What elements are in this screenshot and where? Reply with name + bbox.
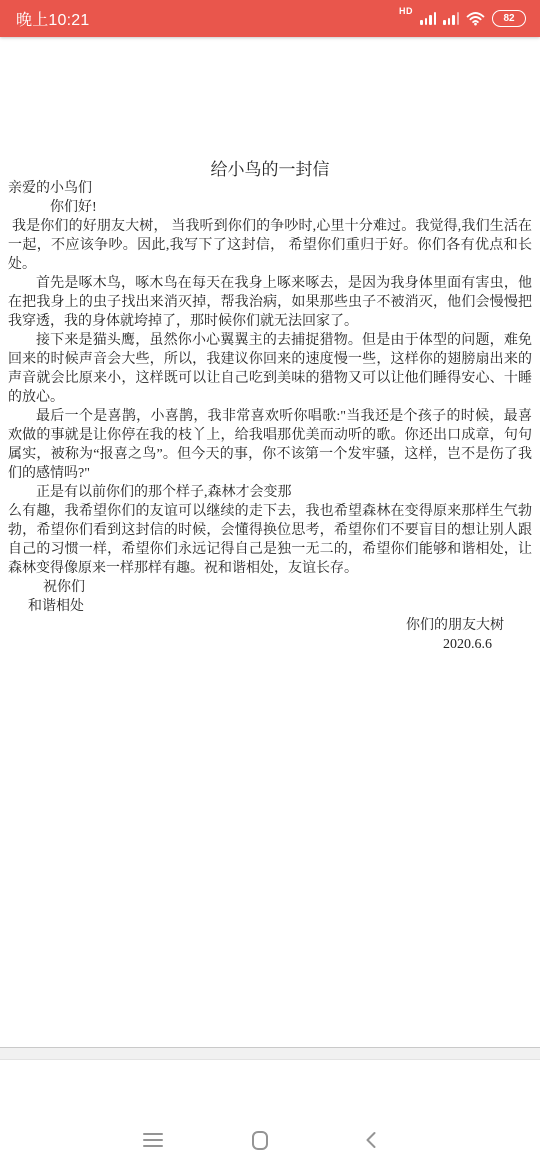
letter-signature-date: 2020.6.6	[8, 635, 532, 654]
letter-title: 给小鸟的一封信	[8, 160, 532, 179]
letter-paragraph: 首先是啄木鸟，啄木鸟在每天在我身上啄来啄去，是因为我身体里面有害虫，他在把我身上…	[8, 274, 532, 331]
navigation-bar	[0, 1108, 540, 1170]
letter-salutation: 亲爱的小鸟们	[8, 179, 532, 198]
letter-paragraph: 么有趣，我希望你们的友谊可以继续的走下去，我也希望森林在变得原来那样生气勃勃，希…	[8, 502, 532, 578]
menu-button[interactable]	[133, 1120, 173, 1160]
letter-signature-name: 你们的朋友大树	[8, 616, 532, 635]
hd-volte-icon: HD	[399, 7, 413, 16]
home-icon	[252, 1131, 268, 1150]
back-button[interactable]	[352, 1120, 392, 1160]
home-button[interactable]	[240, 1120, 280, 1160]
back-icon	[360, 1128, 384, 1152]
letter-closing-body: 和谐相处	[8, 597, 532, 616]
status-bar: 晚上10:21 HD 82	[0, 0, 540, 37]
letter-paragraph: 正是有以前你们的那个样子,森林才会变那	[8, 483, 532, 502]
letter-closing-lead: 祝你们	[8, 578, 532, 597]
menu-icon	[143, 1133, 163, 1147]
phone-screen: 晚上10:21 HD 82 给小鸟的一封信 亲爱的小鸟们 你们好! 我是你们的好…	[0, 0, 540, 1170]
letter-paragraph: 最后一个是喜鹊，小喜鹊，我非常喜欢听你唱歌:"当我还是个孩子的时候，最喜欢做的事…	[8, 407, 532, 483]
status-time: 晚上10:21	[16, 7, 89, 30]
letter-paragraph: 接下来是猫头鹰，虽然你小心翼翼主的去捕捉猎物。但是由于体型的问题，难免回来的时候…	[8, 331, 532, 407]
status-icons: HD 82	[399, 0, 526, 37]
page-edge-divider	[0, 1047, 540, 1060]
letter-greeting: 你们好!	[8, 198, 532, 217]
battery-percent: 82	[503, 13, 514, 24]
wifi-icon	[466, 11, 485, 26]
battery-pill-icon: 82	[492, 10, 526, 27]
signal-bars-icon	[443, 12, 459, 25]
document-page: 给小鸟的一封信 亲爱的小鸟们 你们好! 我是你们的好朋友大树， 当我听到你们的争…	[0, 37, 540, 654]
letter-paragraph: 我是你们的好朋友大树， 当我听到你们的争吵时,心里十分难过。我觉得,我们生活在一…	[8, 217, 532, 274]
signal-bars-icon	[420, 12, 436, 25]
